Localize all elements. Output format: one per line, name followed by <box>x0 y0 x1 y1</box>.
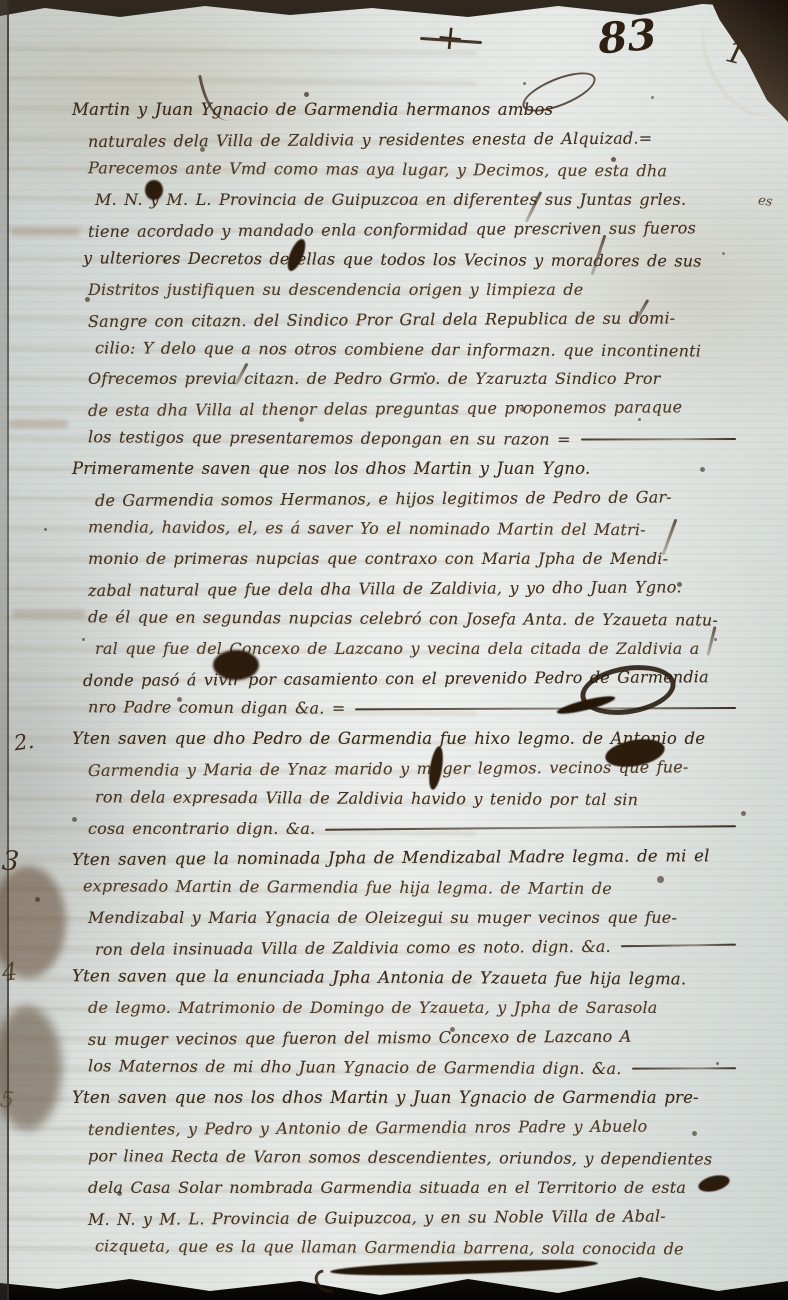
manuscript-line-text: zabal natural que fue dela dha Villa de … <box>88 577 682 600</box>
manuscript-line: y ulteriores Decretos de ellas que todos… <box>83 248 744 281</box>
line-filler-stroke <box>581 445 736 446</box>
manuscript-line-text: cizqueta, que es la que llaman Garmendia… <box>95 1236 684 1258</box>
manuscript-line-text: Parecemos ante Vmd como mas aya lugar, y… <box>88 158 667 180</box>
manuscript-line: los Maternos de mi dho Juan Ygnacio de G… <box>88 1056 744 1089</box>
manuscript-line-text: mendia, havidos, el, es á saver Yo el no… <box>88 517 646 539</box>
manuscript-line: monio de primeras nupcias que contraxo c… <box>88 549 744 579</box>
manuscript-line: los testigos que presentaremos depongan … <box>88 428 744 461</box>
manuscript-line: cosa encontrario dign. &a. <box>88 819 744 849</box>
manuscript-line: cilio: Y delo que a nos otros combiene d… <box>95 338 744 371</box>
manuscript-line-text: de esta dha Villa al thenor delas pregun… <box>88 398 682 421</box>
line-filler-stroke <box>355 713 736 715</box>
manuscript-line: Yten saven que la enunciada Jpha Antonia… <box>72 966 744 999</box>
manuscript-line-text: cosa encontrario dign. &a. <box>88 819 315 838</box>
manuscript-line: Mendizabal y Maria Ygnacia de Oleizegui … <box>88 908 744 938</box>
line-filler-stroke <box>621 951 736 952</box>
manuscript-line: Yten saven que la nominada Jpha de Mendi… <box>72 846 744 880</box>
manuscript-line-text: dela Casa Solar nombrada Garmendia situa… <box>88 1178 686 1197</box>
manuscript-line-text: Yten saven que dho Pedro de Garmendia fu… <box>72 729 705 748</box>
verso-bleedthrough <box>12 610 86 618</box>
manuscript-line: ron dela insinuada Villa de Zaldivia com… <box>95 936 744 970</box>
ink-specks <box>0 0 3 3</box>
manuscript-line-text: de él que en segundas nupcias celebró co… <box>88 607 718 629</box>
manuscript-line: de legmo. Matrimonio de Domingo de Yzaue… <box>88 998 744 1028</box>
folio-number: 83 <box>596 10 659 64</box>
manuscript-line-text: Yten saven que nos los dhos Martin y Jua… <box>72 1088 699 1107</box>
manuscript-line-text: Yten saven que la nominada Jpha de Mendi… <box>72 847 710 870</box>
manuscript-line-text: Martin y Juan Ygnacio de Garmendia herma… <box>72 100 553 119</box>
manuscript-scan: + 83 1 es Martin y Juan Ygnacio de Garme… <box>0 0 788 1300</box>
manuscript-line-text: Primeramente saven que nos los dhos Mart… <box>72 459 590 478</box>
manuscript-line: tendientes, y Pedro y Antonio de Garmend… <box>88 1116 744 1150</box>
manuscript-line-text: Garmendia y Maria de Ynaz marido y muger… <box>88 757 689 780</box>
manuscript-line-text: los Maternos de mi dho Juan Ygnacio de G… <box>88 1056 622 1078</box>
verso-bleedthrough <box>10 228 80 236</box>
manuscript-line: Primeramente saven que nos los dhos Mart… <box>72 459 744 489</box>
manuscript-line: de esta dha Villa al thenor delas pregun… <box>88 397 744 431</box>
manuscript-line: M. N. y M. L. Provincia de Guipuzcoa en … <box>95 190 744 220</box>
manuscript-line: por linea Recta de Varon somos descendie… <box>88 1146 744 1179</box>
ink-blot <box>213 650 259 680</box>
manuscript-line-text: ron dela expresada Villa de Zaldivia hav… <box>95 787 638 809</box>
manuscript-line: Ofrecemos previa citazn. de Pedro Grmo. … <box>88 369 744 399</box>
manuscript-line-text: tendientes, y Pedro y Antonio de Garmend… <box>88 1116 648 1138</box>
margin-number-2: 2. <box>12 729 35 756</box>
manuscript-line: de él que en segundas nupcias celebró co… <box>88 607 744 640</box>
manuscript-line: su muger vecinos que fueron del mismo Co… <box>88 1026 744 1060</box>
manuscript-line-text: Sangre con citazn. del Sindico Pror Gral… <box>88 308 676 331</box>
manuscript-line-text: naturales dela Villa de Zaldivia y resid… <box>88 128 652 150</box>
ink-blot <box>145 180 163 200</box>
manuscript-line-text: expresado Martin de Garmendia fue hija l… <box>83 877 612 899</box>
manuscript-line-text: cilio: Y delo que a nos otros combiene d… <box>95 338 701 360</box>
edge-note: es <box>757 193 773 210</box>
manuscript-line: M. N. y M. L. Provincia de Guipuzcoa, y … <box>88 1206 744 1240</box>
manuscript-line: dela Casa Solar nombrada Garmendia situa… <box>88 1178 744 1208</box>
manuscript-line: de Garmendia somos Hermanos, e hijos leg… <box>95 487 744 521</box>
manuscript-line-text: Mendizabal y Maria Ygnacia de Oleizegui … <box>88 908 677 927</box>
manuscript-line: zabal natural que fue dela dha Villa de … <box>88 577 744 611</box>
manuscript-line: Yten saven que nos los dhos Martin y Jua… <box>72 1088 744 1118</box>
manuscript-line: expresado Martin de Garmendia fue hija l… <box>83 877 744 910</box>
manuscript-line: naturales dela Villa de Zaldivia y resid… <box>88 128 744 162</box>
manuscript-line-text: nro Padre comun digan &a. = <box>88 697 346 717</box>
manuscript-line: Sangre con citazn. del Sindico Pror Gral… <box>88 308 744 342</box>
manuscript-line-text: Distritos justifiquen su descendencia or… <box>88 280 583 299</box>
manuscript-line-text: M. N. y M. L. Provincia de Guipuzcoa, y … <box>88 1206 666 1229</box>
manuscript-line-text: ral que fue del Concexo de Lazcano y vec… <box>95 639 700 658</box>
manuscript-line-text: los testigos que presentaremos depongan … <box>88 428 571 450</box>
manuscript-line: Martin y Juan Ygnacio de Garmendia herma… <box>72 100 744 130</box>
manuscript-line-text: de Garmendia somos Hermanos, e hijos leg… <box>95 488 672 511</box>
manuscript-line: ron dela expresada Villa de Zaldivia hav… <box>95 787 744 820</box>
line-filler-stroke <box>632 1074 736 1075</box>
manuscript-line-text: su muger vecinos que fueron del mismo Co… <box>88 1027 632 1049</box>
manuscript-line-text: ron dela insinuada Villa de Zaldivia com… <box>95 937 611 959</box>
verso-bleedthrough <box>8 420 68 428</box>
manuscript-line-text: M. N. y M. L. Provincia de Guipuzcoa en … <box>95 190 686 209</box>
manuscript-line: mendia, havidos, el, es á saver Yo el no… <box>88 517 744 550</box>
manuscript-line-text: monio de primeras nupcias que contraxo c… <box>88 549 668 568</box>
manuscript-line-text: de legmo. Matrimonio de Domingo de Yzaue… <box>88 998 658 1017</box>
manuscript-line: ral que fue del Concexo de Lazcano y vec… <box>95 639 744 669</box>
manuscript-line: Parecemos ante Vmd como mas aya lugar, y… <box>88 158 744 191</box>
manuscript-line-text: y ulteriores Decretos de ellas que todos… <box>83 248 702 270</box>
manuscript-line-text: por linea Recta de Varon somos descendie… <box>88 1146 712 1168</box>
manuscript-line-text: Yten saven que la enunciada Jpha Antonia… <box>72 966 686 988</box>
manuscript-line: tiene acordado y mandado enla conformida… <box>88 218 744 252</box>
manuscript-line-text: Ofrecemos previa citazn. de Pedro Grmo. … <box>88 369 661 388</box>
